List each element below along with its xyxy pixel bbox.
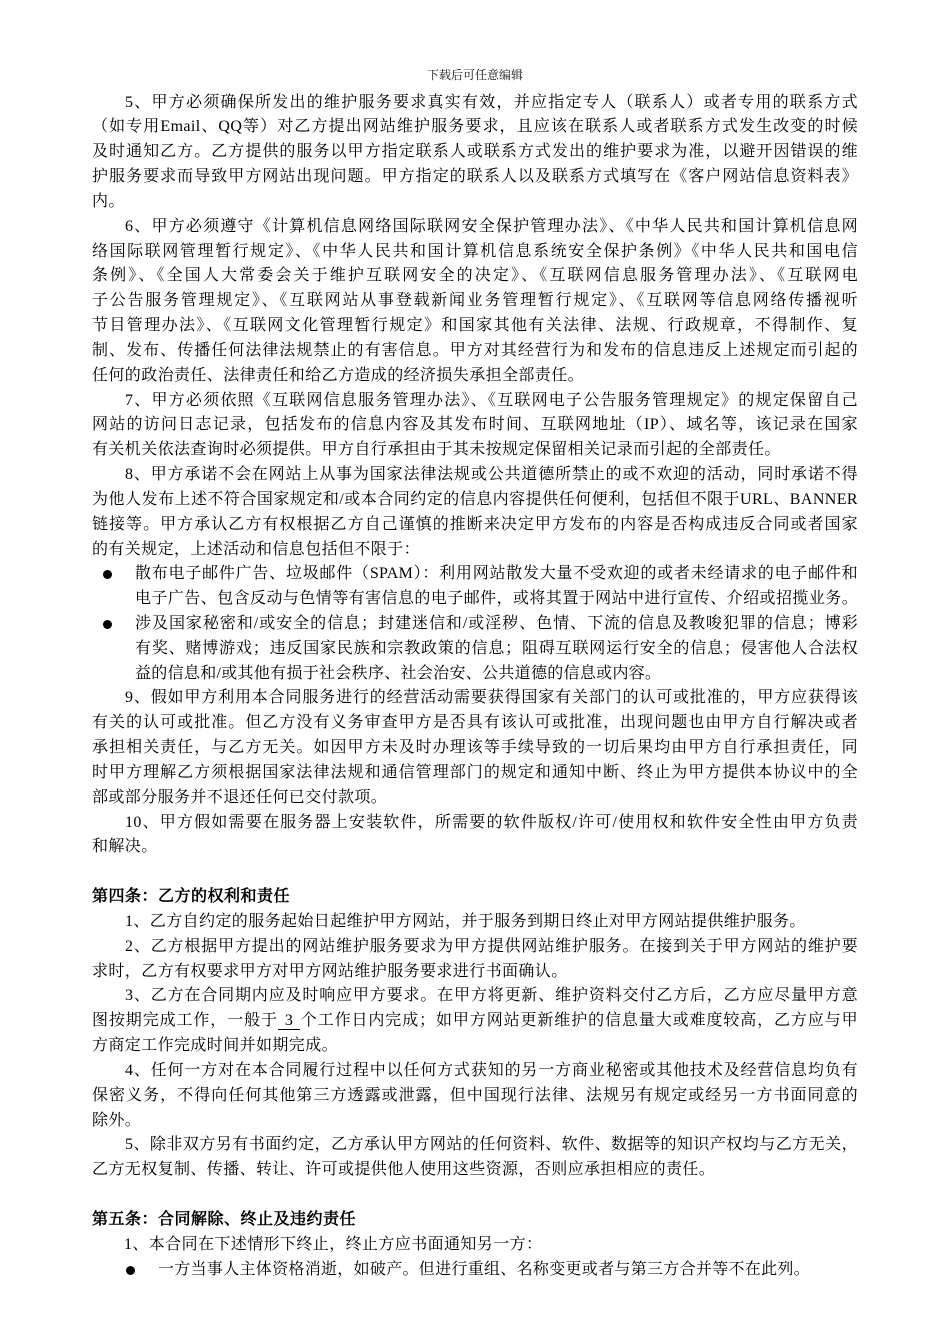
paragraph-line: 2、乙方根据甲方提出的网站维护服务要求为甲方提供网站维护服务。在接到关于甲方网站… (92, 935, 858, 960)
paragraph-line: 任何的政治责任、法律责任和给乙方造成的经济损失承担全部责任。 (92, 364, 858, 389)
clause3-item8-bullet-list: 散布电子邮件广告、垃圾邮件（SPAM）：利用网站散发大量不受欢迎的或者未经请求的… (92, 562, 858, 686)
clause3-item9-paragraph: 9、假如甲方利用本合同服务进行的经营活动需要获得国家有关部门的认可或批准的，甲方… (92, 686, 858, 810)
clause4-item1-paragraph: 1、乙方自约定的服务起始日起维护甲方网站，并于服务到期日终止对甲方网站提供维护服… (92, 910, 858, 935)
paragraph-line: 有关的认可或批准。但乙方没有义务审查甲方是否具有该认可或批准，出现问题也由甲方自… (92, 711, 858, 736)
paragraph-line: 保密义务，不得向任何其他第三方透露或泄露，但中国现行法律、法规另有规定或经另一方… (92, 1084, 858, 1109)
bullet-text: 涉及国家秘密和/或安全的信息；封建迷信和/或淫秽、色情、下流的信息及教唆犯罪的信… (135, 615, 858, 632)
blank-line-spacer (92, 860, 858, 885)
paragraph-line: 制、发布、传播任何法律法规禁止的有害信息。甲方对其经营行为和发布的信息违反上述规… (92, 339, 858, 364)
line-text: 个工作日内完成；如甲方网站更新维护的信息量大或难度较高，乙方应与甲 (300, 1012, 858, 1029)
bullet-line: 益的信息和/或其他有损于社会秩序、社会治安、公共道德的信息或内容。 (92, 662, 858, 687)
paragraph-line: 内。 (92, 190, 858, 215)
paragraph-line: 6、甲方必须遵守《计算机信息网络国际联网安全保护管理办法》、《中华人民共和国计算… (92, 215, 858, 240)
clause4-heading: 第四条：乙方的权利和责任 (92, 885, 858, 910)
clause5-item1: 1、本合同在下述情形下终止，终止方应书面通知另一方： (92, 1233, 858, 1258)
contract-document-body: 5、甲方必须确保所发出的维护服务要求真实有效，并应指定专人（联系人）或者专用的联… (92, 91, 858, 1283)
blank-line-spacer (92, 1183, 858, 1208)
bullet-text: 散布电子邮件广告、垃圾邮件（SPAM）：利用网站散发大量不受欢迎的或者未经请求的… (135, 565, 858, 582)
paragraph-line: 子公告服务管理规定》、《互联网站从事登载新闻业务管理暂行规定》、《互联网等信息网… (92, 289, 858, 314)
clause3-item10-paragraph: 10、甲方假如需要在服务器上安装软件，所需要的软件版权/许可/使用权和软件安全性… (92, 811, 858, 861)
paragraph-line: 络国际联网管理暂行规定》、《中华人民共和国计算机信息系统安全保护条例》《中华人民… (92, 240, 858, 265)
clause4-item2-paragraph: 2、乙方根据甲方提出的网站维护服务要求为甲方提供网站维护服务。在接到关于甲方网站… (92, 935, 858, 985)
paragraph-line: 方商定工作完成时间并如期完成。 (92, 1034, 858, 1059)
bullet-line: 涉及国家秘密和/或安全的信息；封建迷信和/或淫秽、色情、下流的信息及教唆犯罪的信… (92, 612, 858, 637)
bullet-line: 电子广告、包含反动与色情等有害信息的电子邮件，或将其置于网站中进行宣传、介绍或招… (92, 587, 858, 612)
paragraph-line: 链接等。甲方承认乙方有权根据乙方自己谨慎的推断来决定甲方发布的内容是否构成违反合… (92, 513, 858, 538)
clause4-item4-paragraph: 4、任何一方对在本合同履行过程中以任何方式获知的另一方商业秘密或其他技术及经营信… (92, 1059, 858, 1133)
clause5-heading: 第五条：合同解除、终止及违约责任 (92, 1208, 858, 1233)
paragraph-line: 4、任何一方对在本合同履行过程中以任何方式获知的另一方商业秘密或其他技术及经营信… (92, 1059, 858, 1084)
clause3-item6-paragraph: 6、甲方必须遵守《计算机信息网络国际联网安全保护管理办法》、《中华人民共和国计算… (92, 215, 858, 389)
paragraph-line: 3、乙方在合同期内应及时响应甲方要求。在甲方将更新、维护资料交付乙方后，乙方应尽… (92, 984, 858, 1009)
paragraph-line: 承担相关责任，与乙方无关。如因甲方未及时办理该等手续导致的一切后果均由甲方自行承… (92, 736, 858, 761)
response-days-fill-in: 3 (278, 1012, 300, 1030)
paragraph-line: 5、甲方必须确保所发出的维护服务要求真实有效，并应指定专人（联系人）或者专用的联… (92, 91, 858, 116)
paragraph-line: 9、假如甲方利用本合同服务进行的经营活动需要获得国家有关部门的认可或批准的，甲方… (92, 686, 858, 711)
paragraph-line: 有关机关依法查询时必须提供。甲方自行承担由于其未按规定保留相关记录而引起的全部责… (92, 438, 858, 463)
paragraph-line: 节目管理办法》、《互联网文化管理暂行规定》和国家其他有关法律、法规、行政规章，不… (92, 314, 858, 339)
paragraph-line: 5、除非双方另有书面约定，乙方承认甲方网站的任何资料、软件、数据等的知识产权均与… (92, 1133, 858, 1158)
clause3-item8-paragraph: 8、甲方承诺不会在网站上从事为国家法律法规或公共道德所禁止的或不欢迎的活动，同时… (92, 463, 858, 562)
clause4-item3-paragraph: 3、乙方在合同期内应及时响应甲方要求。在甲方将更新、维护资料交付乙方后，乙方应尽… (92, 984, 858, 1058)
paragraph-line: （如专用Email、QQ等）对乙方提出网站维护服务要求，且应该在联系人或者联系方… (92, 115, 858, 140)
paragraph-line: 和解决。 (92, 835, 858, 860)
clause5-bullet-item: 一方当事人主体资格消逝，如破产。但进行重组、名称变更或者与第三方合并等不在此列。 (92, 1258, 858, 1283)
bullet-dot-icon (126, 1266, 135, 1275)
bullet-line: 有奖、赌博游戏；违反国家民族和宗教政策的信息；阻碍互联网运行安全的信息；侵害他人… (92, 637, 858, 662)
paragraph-line: 部或部分服务并不退还任何已交付款项。 (92, 786, 858, 811)
bullet-text: 一方当事人主体资格消逝，如破产。但进行重组、名称变更或者与第三方合并等不在此列。 (158, 1261, 810, 1278)
paragraph-line: 8、甲方承诺不会在网站上从事为国家法律法规或公共道德所禁止的或不欢迎的活动，同时… (92, 463, 858, 488)
paragraph-line: 除外。 (92, 1109, 858, 1134)
bullet-dot-icon (103, 620, 112, 629)
paragraph-line: 及时通知乙方。乙方提供的服务以甲方指定联系人或联系方式发出的维护要求为准，以避开… (92, 140, 858, 165)
paragraph-line: 网站的访问日志记录，包括发布的信息内容及其发布时间、互联网地址（IP）、域名等，… (92, 413, 858, 438)
paragraph-line: 的有关规定，上述活动和信息包括但不限于： (92, 538, 858, 563)
paragraph-line: 求时，乙方有权要求甲方对甲方网站维护服务要求进行书面确认。 (92, 960, 858, 985)
paragraph-line: 7、甲方必须依照《互联网信息服务管理办法》、《互联网电子公告服务管理规定》的规定… (92, 389, 858, 414)
bullet-item: 涉及国家秘密和/或安全的信息；封建迷信和/或淫秽、色情、下流的信息及教唆犯罪的信… (92, 612, 858, 686)
paragraph-line: 条例》、《全国人大常委会关于维护互联网安全的决定》、《互联网信息服务管理办法》、… (92, 264, 858, 289)
paragraph-line: 10、甲方假如需要在服务器上安装软件，所需要的软件版权/许可/使用权和软件安全性… (92, 811, 858, 836)
bullet-dot-icon (103, 570, 112, 579)
page-watermark-header: 下载后可任意编辑 (0, 67, 950, 83)
paragraph-line: 护服务要求而导致甲方网站出现问题。甲方指定的联系人以及联系方式填写在《客户网站信… (92, 165, 858, 190)
paragraph-line: 乙方无权复制、传播、转让、许可或提供他人使用这些资源，否则应承担相应的责任。 (92, 1158, 858, 1183)
paragraph-line: 图按期完成工作，一般于3个工作日内完成；如甲方网站更新维护的信息量大或难度较高，… (92, 1009, 858, 1034)
bullet-item: 散布电子邮件广告、垃圾邮件（SPAM）：利用网站散发大量不受欢迎的或者未经请求的… (92, 562, 858, 612)
bullet-line: 散布电子邮件广告、垃圾邮件（SPAM）：利用网站散发大量不受欢迎的或者未经请求的… (92, 562, 858, 587)
line-text: 图按期完成工作，一般于 (92, 1012, 278, 1029)
clause4-item5-paragraph: 5、除非双方另有书面约定，乙方承认甲方网站的任何资料、软件、数据等的知识产权均与… (92, 1133, 858, 1183)
paragraph-line: 时甲方理解乙方须根据国家法律法规和通信管理部门的规定和通知中断、终止为甲方提供本… (92, 761, 858, 786)
paragraph-line: 1、乙方自约定的服务起始日起维护甲方网站，并于服务到期日终止对甲方网站提供维护服… (92, 910, 858, 935)
clause3-item5-paragraph: 5、甲方必须确保所发出的维护服务要求真实有效，并应指定专人（联系人）或者专用的联… (92, 91, 858, 215)
clause3-item7-paragraph: 7、甲方必须依照《互联网信息服务管理办法》、《互联网电子公告服务管理规定》的规定… (92, 389, 858, 463)
paragraph-line: 为他人发布上述不符合国家规定和/或本合同约定的信息内容提供任何便利，包括但不限于… (92, 488, 858, 513)
